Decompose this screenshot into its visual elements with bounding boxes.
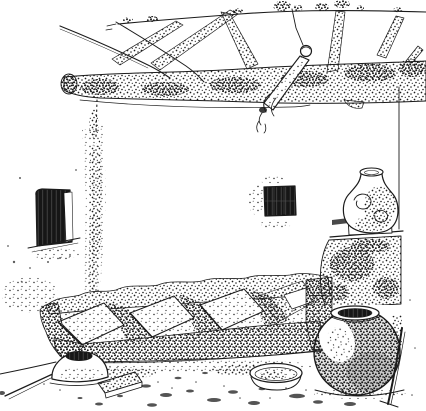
- chimney-block: Stippled masonry chimney block: [320, 236, 401, 308]
- beam-end: [61, 74, 77, 94]
- tie-knot: [259, 107, 267, 113]
- bowl-foot: [66, 352, 92, 361]
- pueblo-interior-drawing: Black-and-white engraving of a pueblo ro…: [0, 0, 426, 411]
- engraving-canvas: Black-and-white engraving of a pueblo ro…: [0, 0, 426, 411]
